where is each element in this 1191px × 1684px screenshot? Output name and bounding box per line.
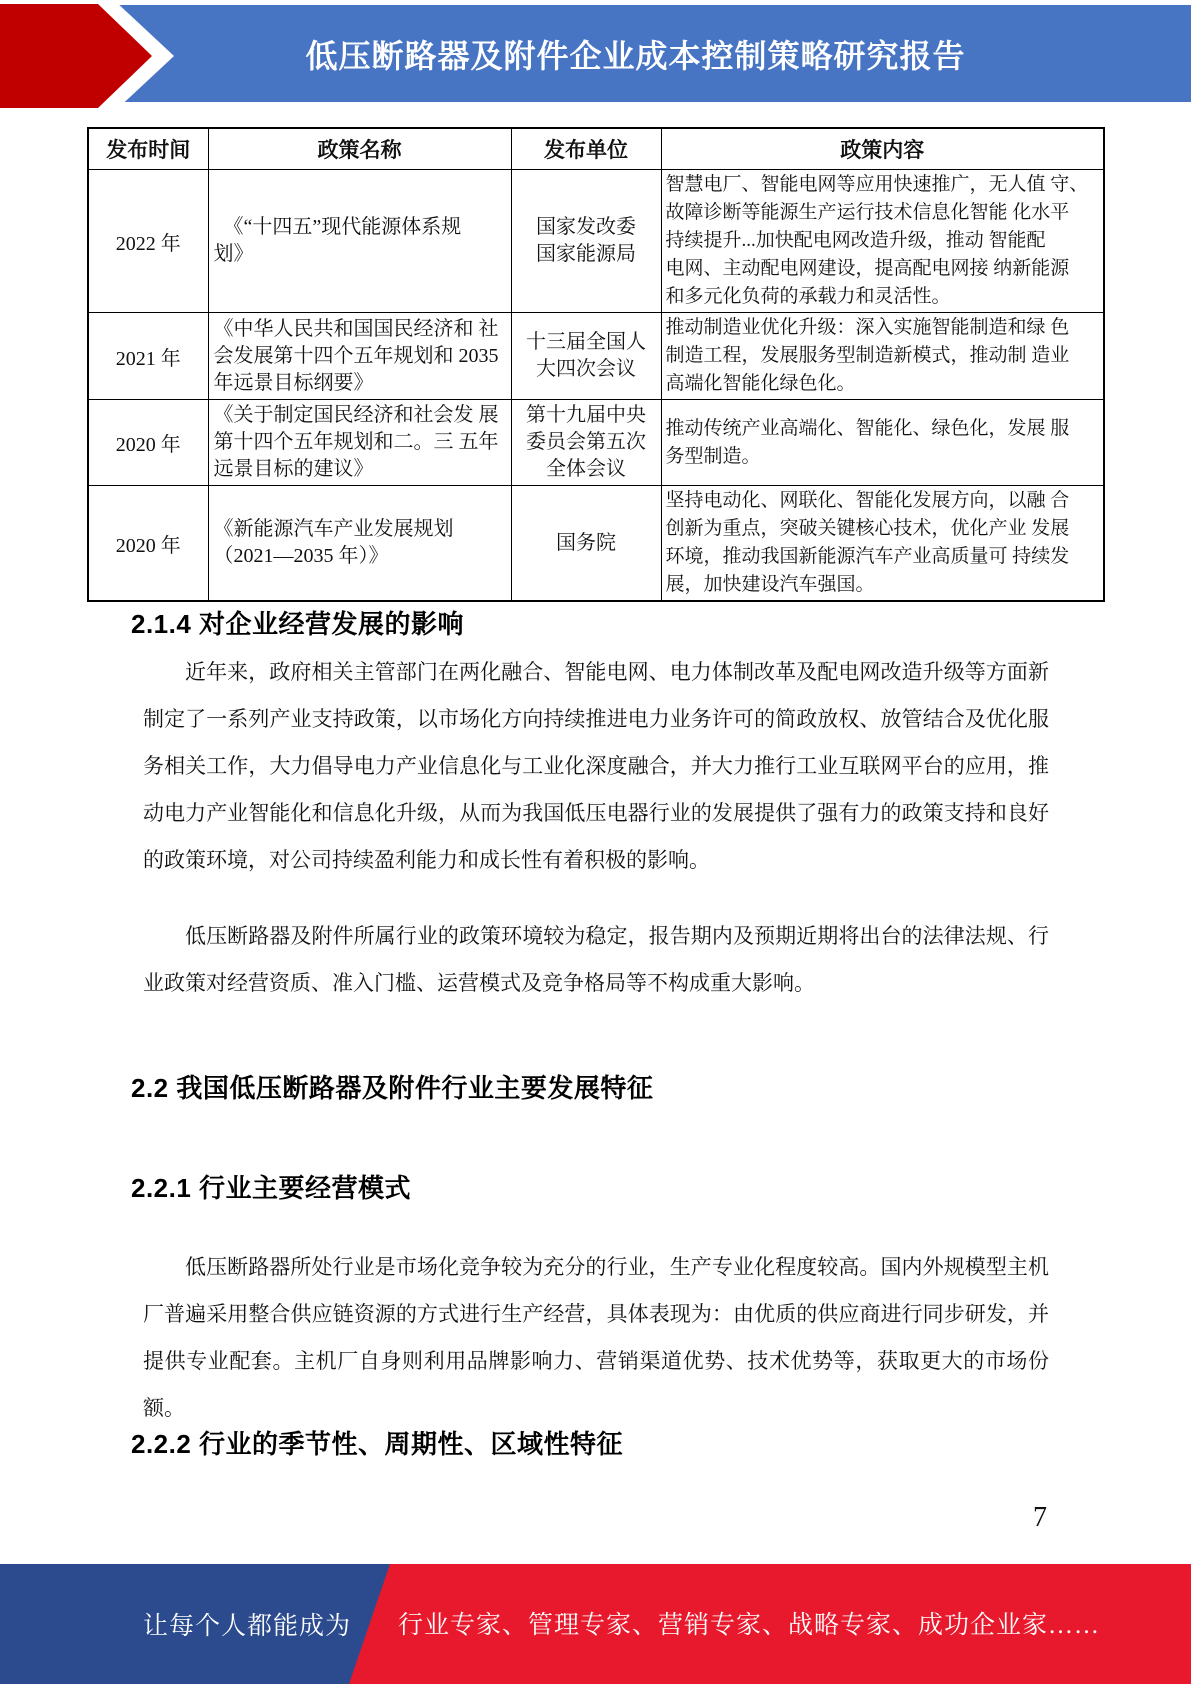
section-heading-2-2-2: 2.2.2 行业的季节性、周期性、区域性特征 [131, 1424, 623, 1461]
report-title: 低压断路器及附件企业成本控制策略研究报告 [0, 31, 1191, 77]
cell-policy-content: 推动传统产业高端化、智能化、绿色化，发展 服 务型制造。 [661, 400, 1104, 486]
cell-publish-unit: 十三届全国人 大四次会议 [511, 313, 661, 400]
cell-policy-content: 智慧电厂、智能电网等应用快速推广，无人值 守、 故障诊断等能源生产运行技术信息化… [661, 170, 1104, 313]
cell-policy-content: 推动制造业优化升级：深入实施智能制造和绿 色 制造工程，发展服务型制造新模式，推… [661, 313, 1104, 400]
column-header-publish-time: 发布时间 [88, 128, 208, 170]
paragraph-policy-impact-2: 低压断路器及附件所属行业的政策环境较为稳定，报告期内及预期近期将出台的法律法规、… [143, 913, 1049, 1007]
cell-publish-unit: 国家发改委 国家能源局 [511, 170, 661, 313]
cell-policy-content: 坚持电动化、网联化、智能化发展方向，以融 合 创新为重点，突破关键核心技术，优化… [661, 486, 1104, 602]
section-heading-2-2-1: 2.2.1 行业主要经营模式 [131, 1168, 411, 1205]
paragraph-policy-impact-1: 近年来，政府相关主管部门在两化融合、智能电网、电力体制改革及配电网改造升级等方面… [143, 649, 1049, 884]
column-header-publish-unit: 发布单位 [511, 128, 661, 170]
table-row: 2022 年 《“十四五”现代能源体系规 划》 国家发改委 国家能源局 智慧电厂… [88, 170, 1104, 313]
cell-publish-unit: 国务院 [511, 486, 661, 602]
policy-table: 发布时间 政策名称 发布单位 政策内容 2022 年 《“十四五”现代能源体系规… [87, 127, 1105, 602]
column-header-policy-name: 政策名称 [208, 128, 511, 170]
footer-slogan-right: 行业专家、管理专家、营销专家、战略专家、成功企业家…… [398, 1605, 1100, 1641]
cell-publish-time: 2020 年 [88, 400, 208, 486]
policy-table-header-row: 发布时间 政策名称 发布单位 政策内容 [88, 128, 1104, 170]
cell-policy-name: 《“十四五”现代能源体系规 划》 [208, 170, 511, 313]
cell-publish-unit: 第十九届中央 委员会第五次 全体会议 [511, 400, 661, 486]
page-footer-banner: 让每个人都能成为 行业专家、管理专家、营销专家、战略专家、成功企业家…… [0, 1564, 1191, 1684]
cell-publish-time: 2020 年 [88, 486, 208, 602]
cell-policy-name: 《新能源汽车产业发展规划 （2021—2035 年）》 [208, 486, 511, 602]
cell-policy-name: 《中华人民共和国国民经济和 社 会发展第十四个五年规划和 2035 年远景目标纲… [208, 313, 511, 400]
paragraph-business-model: 低压断路器所处行业是市场化竞争较为充分的行业，生产专业化程度较高。国内外规模型主… [143, 1244, 1049, 1432]
section-heading-2-1-4: 2.1.4 对企业经营发展的影响 [131, 604, 464, 641]
cell-policy-name: 《关于制定国民经济和社会发 展 第十四个五年规划和二。三 五年 远景目标的建议》 [208, 400, 511, 486]
table-row: 2021 年 《中华人民共和国国民经济和 社 会发展第十四个五年规划和 2035… [88, 313, 1104, 400]
report-page: 低压断路器及附件企业成本控制策略研究报告 发布时间 政策名称 发布单位 政策内容… [0, 0, 1191, 1684]
footer-slogan-left: 让每个人都能成为 [143, 1606, 351, 1642]
page-header-banner: 低压断路器及附件企业成本控制策略研究报告 [0, 0, 1191, 114]
table-row: 2020 年 《关于制定国民经济和社会发 展 第十四个五年规划和二。三 五年 远… [88, 400, 1104, 486]
page-number: 7 [1020, 1502, 1060, 1534]
cell-publish-time: 2022 年 [88, 170, 208, 313]
cell-publish-time: 2021 年 [88, 313, 208, 400]
column-header-policy-content: 政策内容 [661, 128, 1104, 170]
table-row: 2020 年 《新能源汽车产业发展规划 （2021—2035 年）》 国务院 坚… [88, 486, 1104, 602]
section-heading-2-2: 2.2 我国低压断路器及附件行业主要发展特征 [131, 1068, 653, 1105]
